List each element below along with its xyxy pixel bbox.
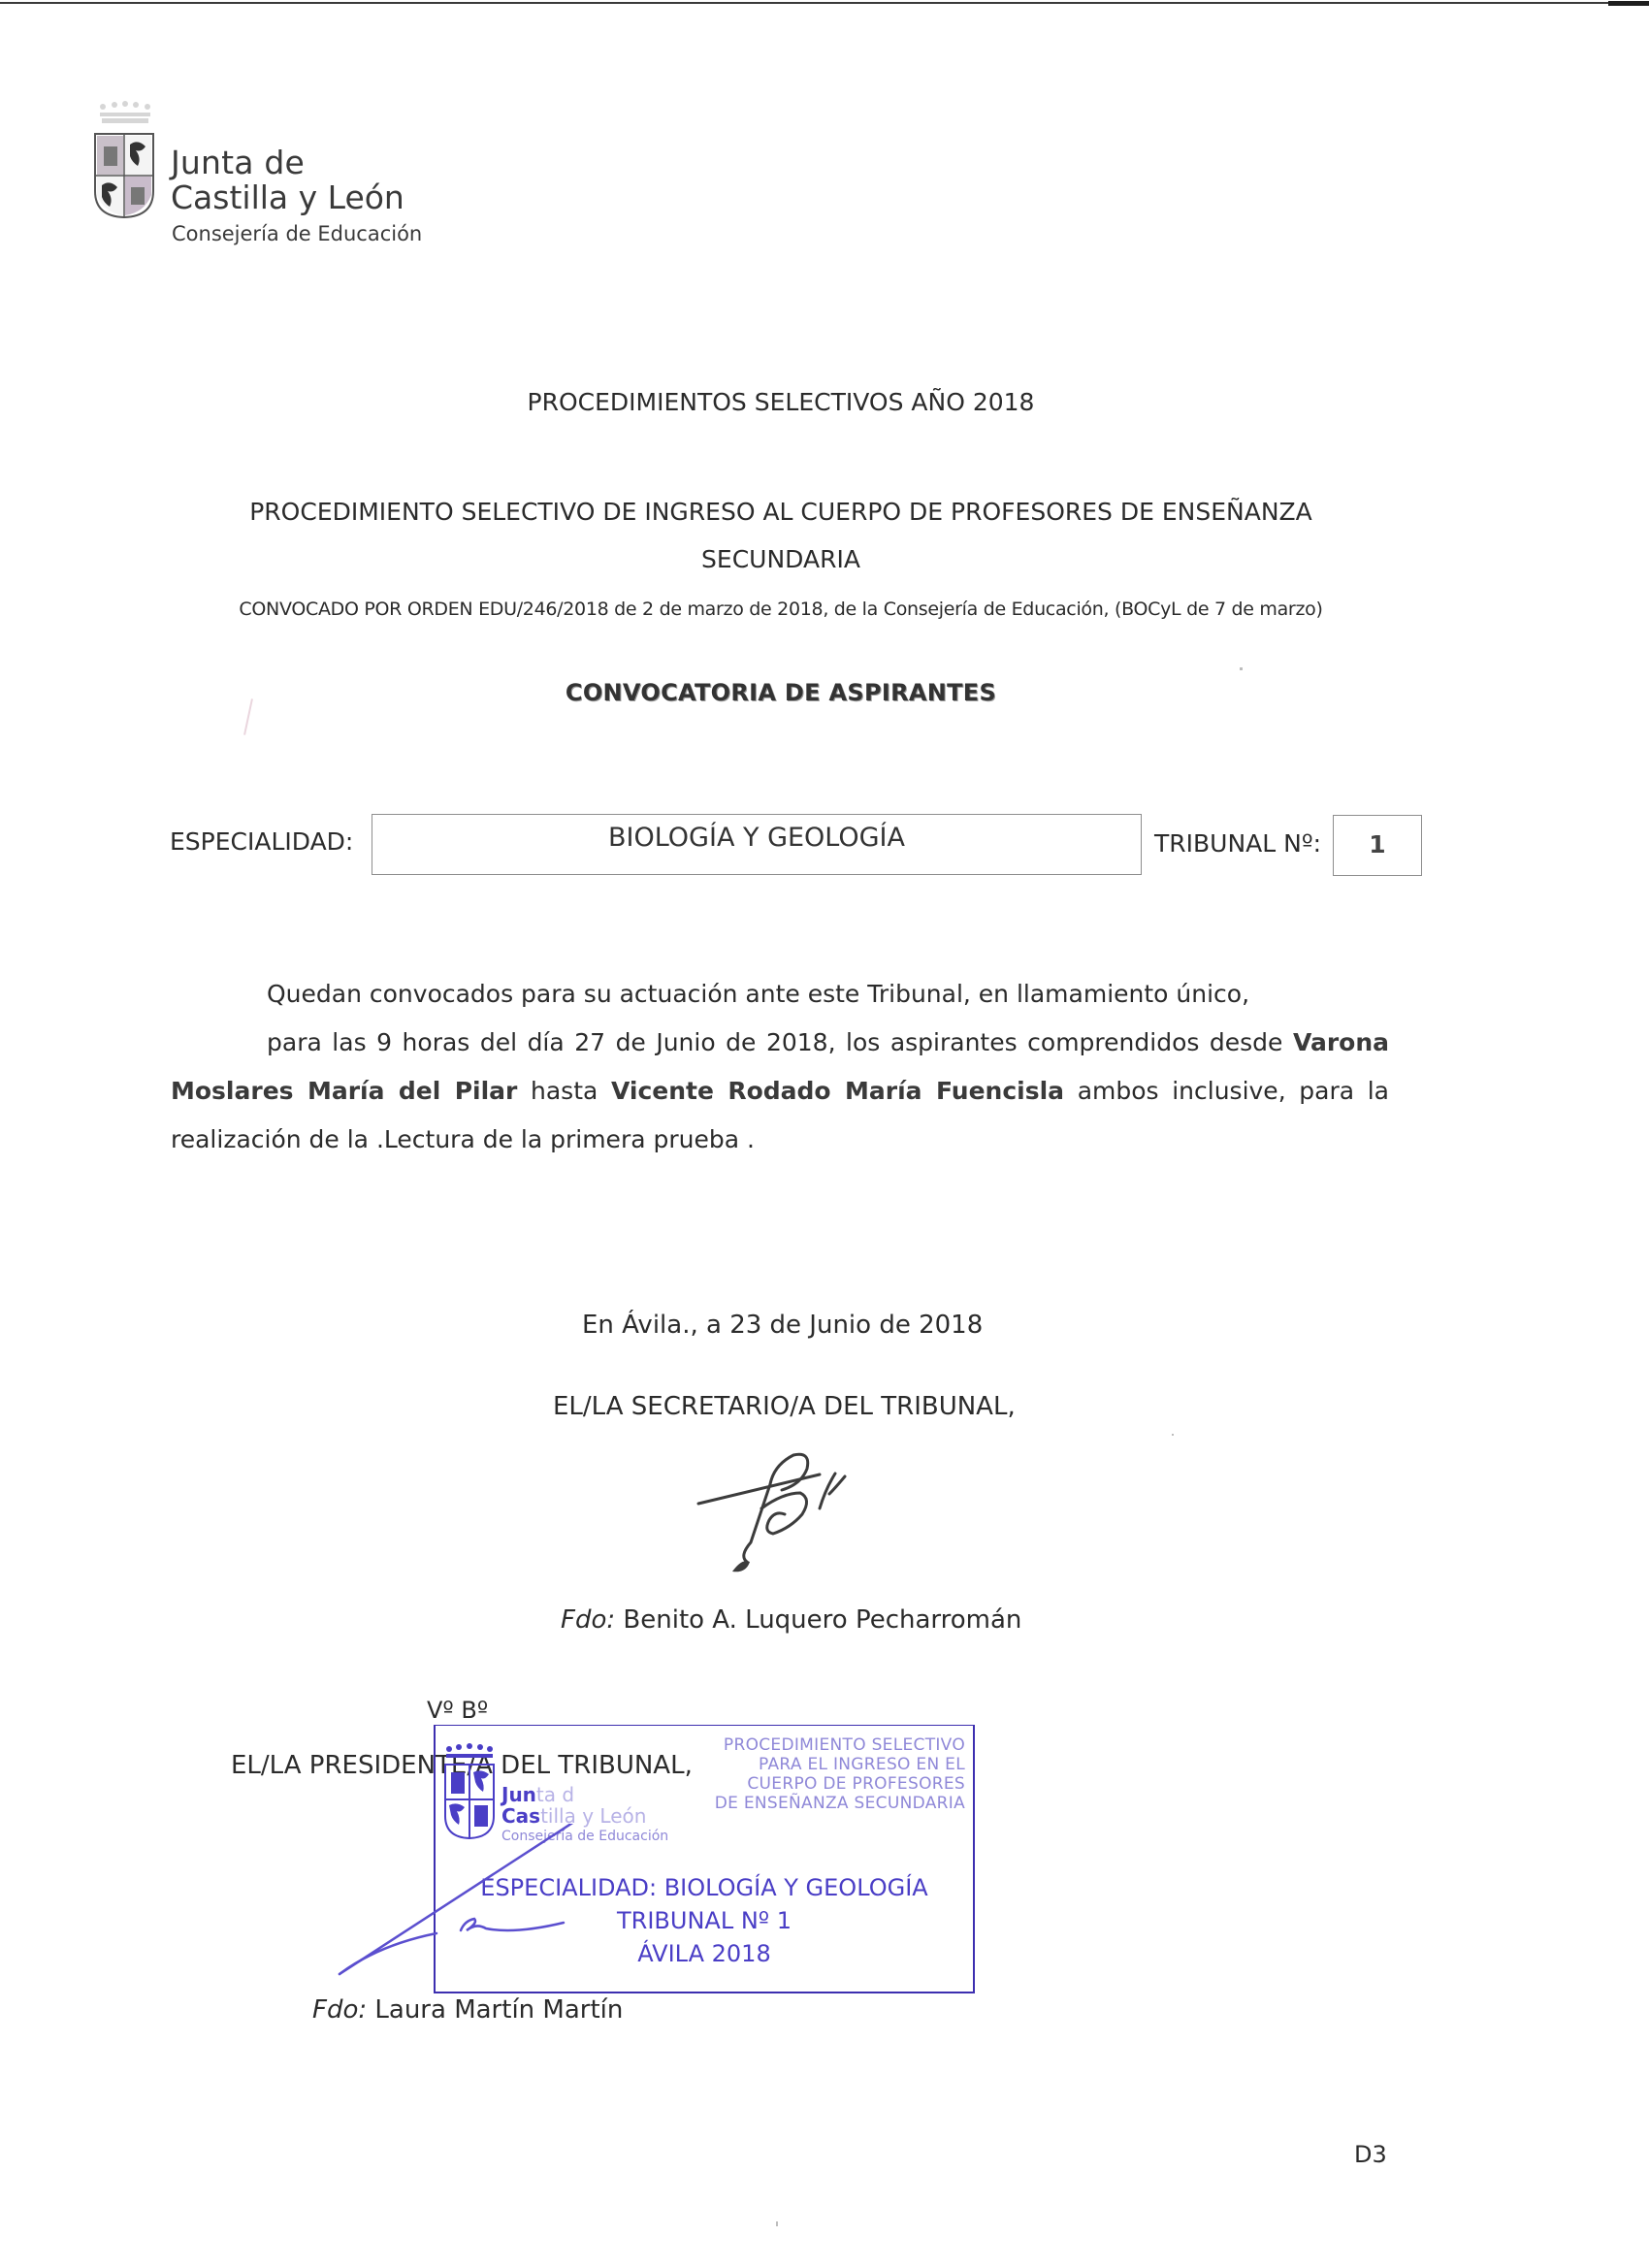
stamp-organization: Junta d Castilla y León bbox=[501, 1784, 646, 1827]
organization-name-line2: Castilla y León bbox=[171, 178, 404, 216]
department-name: Consejería de Educación bbox=[172, 222, 422, 245]
secretary-signature bbox=[694, 1441, 868, 1576]
from-candidate-name: Varona bbox=[1293, 1028, 1389, 1056]
scan-speck bbox=[776, 2221, 778, 2226]
secretary-name: Benito A. Luquero Pecharromán bbox=[623, 1605, 1021, 1635]
tribunal-value: 1 bbox=[1334, 830, 1421, 859]
scan-speck bbox=[1172, 1434, 1174, 1436]
organization-name-line1: Junta de bbox=[171, 144, 305, 181]
from-candidate-name-cont: Moslares María del Pilar bbox=[171, 1077, 517, 1105]
approval-mark: Vº Bº bbox=[427, 1697, 488, 1724]
stamp-procedure-text: PROCEDIMIENTO SELECTIVO PARA EL INGRESO … bbox=[674, 1735, 965, 1813]
page-top-edge bbox=[0, 2, 1649, 4]
page-reference: D3 bbox=[1354, 2141, 1387, 2168]
secretary-signed-by: Fdo: Benito A. Luquero Pecharromán bbox=[561, 1605, 1021, 1635]
procedure-title-line1: PROCEDIMIENTO SELECTIVO DE INGRESO AL CU… bbox=[0, 498, 1562, 526]
paragraph-line-1: Quedan convocados para su actuación ante… bbox=[171, 970, 1389, 1019]
to-candidate-name: Vicente Rodado María Fuencisla bbox=[611, 1077, 1064, 1105]
crown-icon bbox=[97, 101, 153, 126]
tribunal-label: TRIBUNAL Nº: bbox=[1154, 829, 1321, 858]
paragraph-line-3: Moslares María del Pilar hasta Vicente R… bbox=[171, 1067, 1389, 1116]
stamp-department: Consejería de Educación bbox=[501, 1829, 668, 1844]
place-and-date: En Ávila., a 23 de Junio de 2018 bbox=[582, 1311, 983, 1340]
secretary-title: EL/LA SECRETARIO/A DEL TRIBUNAL, bbox=[553, 1392, 1016, 1421]
scan-speck bbox=[1240, 667, 1243, 670]
procedure-title-line2: SECUNDARIA bbox=[0, 545, 1562, 573]
president-name: Laura Martín Martín bbox=[374, 1995, 623, 2025]
paragraph-line-4: realización de la .Lectura de la primera… bbox=[171, 1116, 1389, 1164]
convocation-paragraph: Quedan convocados para su actuación ante… bbox=[171, 970, 1389, 1164]
especialidad-label: ESPECIALIDAD: bbox=[170, 827, 353, 856]
document-title: PROCEDIMIENTOS SELECTIVOS AÑO 2018 bbox=[0, 388, 1562, 416]
page-top-edge-mark bbox=[1608, 1, 1649, 6]
stamp-details: ESPECIALIDAD: BIOLOGÍA Y GEOLOGÍA TRIBUN… bbox=[436, 1871, 973, 1970]
section-heading: CONVOCATORIA DE ASPIRANTES bbox=[0, 679, 1562, 706]
coat-of-arms-icon bbox=[94, 133, 154, 218]
especialidad-value: BIOLOGÍA Y GEOLOGÍA bbox=[372, 823, 1141, 853]
paragraph-line-2: para las 9 horas del día 27 de Junio de … bbox=[171, 1019, 1389, 1067]
tribunal-field: 1 bbox=[1333, 815, 1422, 876]
especialidad-field: BIOLOGÍA Y GEOLOGÍA bbox=[372, 814, 1142, 875]
stamp-tribunal: TRIBUNAL Nº 1 bbox=[436, 1904, 973, 1937]
stamp-coat-of-arms-icon bbox=[443, 1743, 496, 1840]
president-signed-by: Fdo: Laura Martín Martín bbox=[312, 1995, 623, 2025]
convocation-order: CONVOCADO POR ORDEN EDU/246/2018 de 2 de… bbox=[0, 599, 1562, 620]
stamp-specialty: ESPECIALIDAD: BIOLOGÍA Y GEOLOGÍA bbox=[436, 1871, 973, 1904]
stamp-place-year: ÁVILA 2018 bbox=[436, 1937, 973, 1970]
official-stamp: Junta d Castilla y León Consejería de Ed… bbox=[434, 1725, 975, 1993]
